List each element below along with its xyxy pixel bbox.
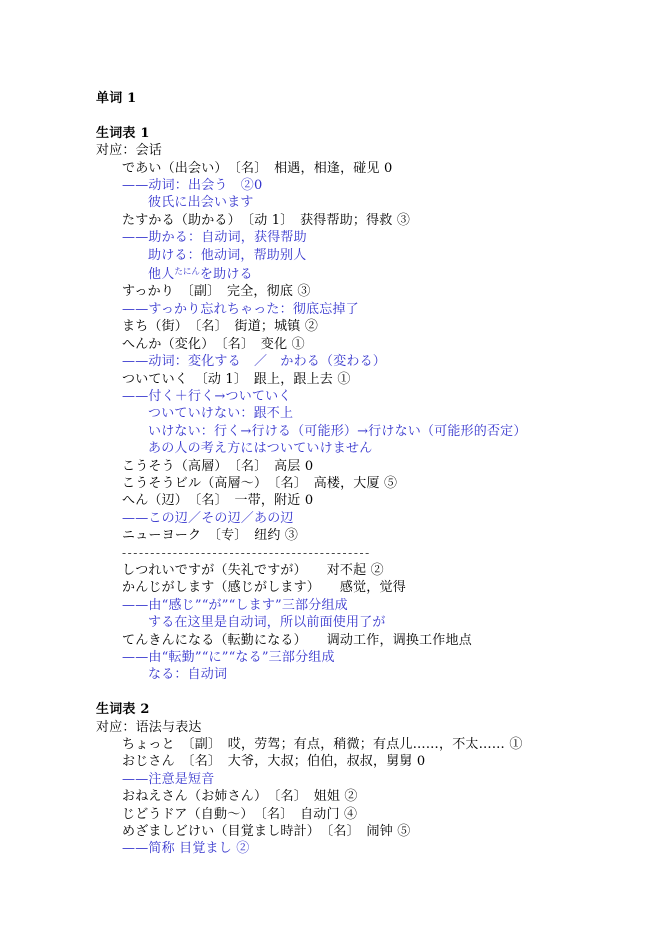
separator-line: ----------------------------------------… xyxy=(96,545,636,562)
note-line: ついていけない：跟不上 xyxy=(96,405,636,422)
vocab-line: まち（街） 〔名〕 街道；城镇 ② xyxy=(96,318,636,335)
vocab-line: じどうドア（自動～） 〔名〕 自动门 ④ xyxy=(96,806,636,823)
note-line: あの人の考え方にはついていけません xyxy=(96,440,636,457)
note-line: ——简称 目覚まし ② xyxy=(96,840,636,857)
note-line: なる：自动词 xyxy=(96,666,636,683)
text-run: 对应：会话 xyxy=(96,143,162,158)
vocab-line: ついていく 〔动 1〕 跟上，跟上去 ① xyxy=(96,371,636,388)
blank-line xyxy=(96,107,636,124)
text-run: たすかる（助かる） 〔动 1〕 获得帮助；得救 ③ xyxy=(122,213,410,228)
vocab-line: めざましどけい（目覚まし時計） 〔名〕 闹钟 ⑤ xyxy=(96,823,636,840)
vocab-line: であい（出会い） 〔名〕 相遇，相逢，碰见 0 xyxy=(96,160,636,177)
text-run: こうそうビル（高層～） 〔名〕 高楼，大厦 ⑤ xyxy=(122,476,397,491)
note-line: ——すっかり忘れちゃった：彻底忘掉了 xyxy=(96,301,636,318)
section-heading: 生词表 2 xyxy=(96,701,636,718)
text-run: 他人 xyxy=(148,267,174,282)
text-run: 生词表 1 xyxy=(96,126,150,141)
vocab-line: こうそう（高層） 〔名〕 高层 0 xyxy=(96,458,636,475)
vocab-line: おねえさん（お姉さん） 〔名〕 姐姐 ② xyxy=(96,788,636,805)
text-run: する在这里是自动词，所以前面使用了が xyxy=(148,615,386,630)
text-run: ——动词：出会う ②0 xyxy=(122,178,262,193)
text-run: ——この辺／その辺／あの辺 xyxy=(122,511,294,526)
vocab-line: 对应：语法与表达 xyxy=(96,719,636,736)
note-line: 彼氏に出会います xyxy=(96,194,636,211)
note-line: ——この辺／その辺／あの辺 xyxy=(96,510,636,527)
text-run: こうそう（高層） 〔名〕 高层 0 xyxy=(122,459,313,474)
text-run: を助ける xyxy=(200,267,253,282)
text-run: ついていく 〔动 1〕 跟上，跟上去 ① xyxy=(122,372,351,387)
text-run: ニューヨーク 〔专〕 纽约 ③ xyxy=(122,528,298,543)
note-line: ——由“転勤”“に”“なる”三部分组成 xyxy=(96,649,636,666)
vocab-line: すっかり 〔副〕 完全，彻底 ③ xyxy=(96,283,636,300)
vocab-line: へん（辺） 〔名〕 一带，附近 0 xyxy=(96,492,636,509)
note-line: する在这里是自动词，所以前面使用了が xyxy=(96,614,636,631)
note-line: ——付く＋行く→ついていく xyxy=(96,388,636,405)
text-run: ——付く＋行く→ついていく xyxy=(122,389,292,404)
text-run: ——简称 目覚まし ② xyxy=(122,841,249,856)
text-run: ——すっかり忘れちゃった：彻底忘掉了 xyxy=(122,302,359,317)
text-run: おねえさん（お姉さん） 〔名〕 姐姐 ② xyxy=(122,789,358,804)
text-run: へんか（変化） 〔名〕 变化 ① xyxy=(122,337,305,352)
text-run: 对应：语法与表达 xyxy=(96,720,202,735)
note-line: ——由“感じ”“が”“します”三部分组成 xyxy=(96,597,636,614)
text-run: ついていけない：跟不上 xyxy=(148,406,293,421)
vocab-line: てんきんになる（転勤になる） 调动工作，调换工作地点 xyxy=(96,632,636,649)
text-run: ——动词：変化する ／ かわる（変わる） xyxy=(122,354,386,369)
text-run: 彼氏に出会います xyxy=(148,195,254,210)
text-run: ——由“感じ”“が”“します”三部分组成 xyxy=(122,598,348,613)
vocab-line: かんじがします（感じがします） 感觉，觉得 xyxy=(96,579,636,596)
text-run: かんじがします（感じがします） 感觉，觉得 xyxy=(122,580,406,595)
text-run: へん（辺） 〔名〕 一带，附近 0 xyxy=(122,493,313,508)
text-run: なる：自动词 xyxy=(148,667,227,682)
vocab-line: へんか（変化） 〔名〕 变化 ① xyxy=(96,336,636,353)
text-run: ——注意是短音 xyxy=(122,772,214,787)
text-run: ----------------------------------------… xyxy=(122,546,371,560)
text-run: てんきんになる（転勤になる） 调动工作，调换工作地点 xyxy=(122,633,472,648)
blank-line xyxy=(96,684,636,701)
section-heading: 生词表 1 xyxy=(96,125,636,142)
note-line: ——注意是短音 xyxy=(96,771,636,788)
note-line: いけない：行く→行ける（可能形）→行けない（可能形的否定） xyxy=(96,423,636,440)
vocab-line: ニューヨーク 〔专〕 纽约 ③ xyxy=(96,527,636,544)
vocab-line: たすかる（助かる） 〔动 1〕 获得帮助；得救 ③ xyxy=(96,212,636,229)
note-line: ——动词：変化する ／ かわる（変わる） xyxy=(96,353,636,370)
doc-title: 单词 1 xyxy=(96,90,636,107)
text-run: 生词表 2 xyxy=(96,702,150,717)
text-run: めざましどけい（目覚まし時計） 〔名〕 闹钟 ⑤ xyxy=(122,824,410,839)
text-run: 助ける：他动词，帮助别人 xyxy=(148,248,306,263)
text-run: じどうドア（自動～） 〔名〕 自动门 ④ xyxy=(122,807,357,822)
vocab-line: おじさん 〔名〕 大爷，大叔；伯伯，叔叔，舅舅 0 xyxy=(96,753,636,770)
text-run: いけない：行く→行ける（可能形）→行けない（可能形的否定） xyxy=(148,424,527,439)
text-run: であい（出会い） 〔名〕 相遇，相逢，碰见 0 xyxy=(122,161,393,176)
text-run: おじさん 〔名〕 大爷，大叔；伯伯，叔叔，舅舅 0 xyxy=(122,754,425,769)
vocab-line: しつれいですが（失礼ですが） 对不起 ② xyxy=(96,562,636,579)
text-run: ——助かる：自动词，获得帮助 xyxy=(122,230,307,245)
note-line: 助ける：他动词，帮助别人 xyxy=(96,247,636,264)
text-run: ——由“転勤”“に”“なる”三部分组成 xyxy=(122,650,335,665)
note-line: 他人たにんを助ける xyxy=(96,264,636,283)
text-run: ちょっと 〔副〕 哎，劳驾；有点，稍微；有点儿……，不太…… ① xyxy=(122,737,523,752)
text-run: あの人の考え方にはついていけません xyxy=(148,441,372,456)
text-run: まち（街） 〔名〕 街道；城镇 ② xyxy=(122,319,318,334)
vocab-line: ちょっと 〔副〕 哎，劳驾；有点，稍微；有点儿……，不太…… ① xyxy=(96,736,636,753)
furigana-text: たにん xyxy=(174,267,200,277)
text-run: しつれいですが（失礼ですが） 对不起 ② xyxy=(122,563,384,578)
note-line: ——动词：出会う ②0 xyxy=(96,177,636,194)
vocab-line: 对应：会话 xyxy=(96,142,636,159)
vocab-line: こうそうビル（高層～） 〔名〕 高楼，大厦 ⑤ xyxy=(96,475,636,492)
text-run: すっかり 〔副〕 完全，彻底 ③ xyxy=(122,284,311,299)
note-line: ——助かる：自动词，获得帮助 xyxy=(96,229,636,246)
document-body: 单词 1 生词表 1对应：会话であい（出会い） 〔名〕 相遇，相逢，碰见 0——… xyxy=(96,90,636,858)
text-run: 单词 1 xyxy=(96,91,136,106)
